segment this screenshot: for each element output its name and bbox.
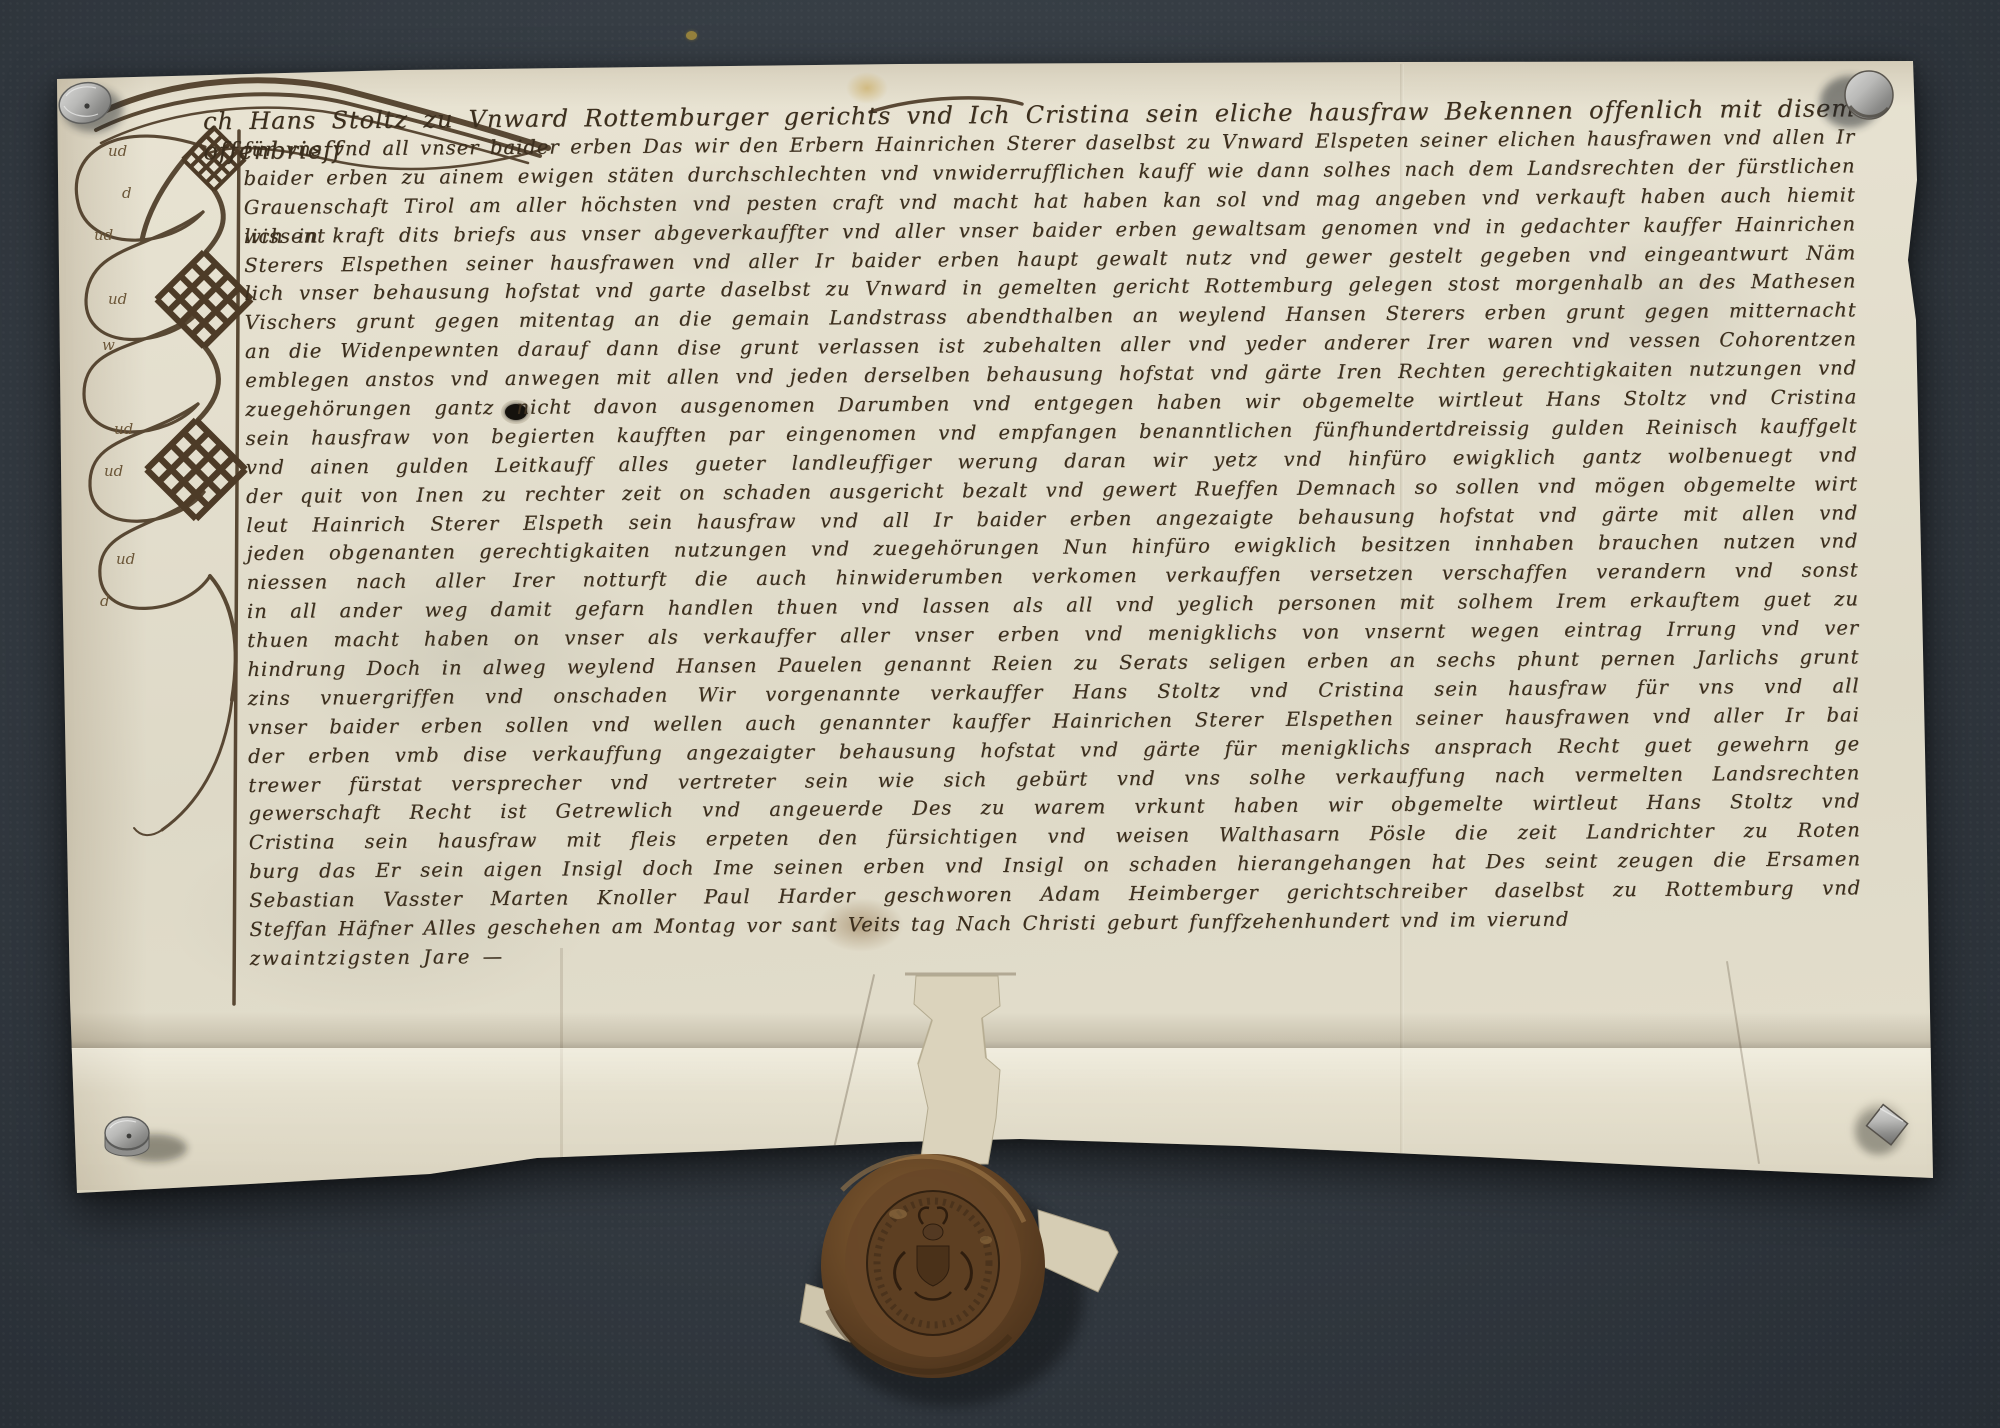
plica-fold-band [58,1048,1934,1195]
parchment-sheet: uddud udwud ududd ch Hans Stoltz zu Vnwa… [0,0,2000,1428]
photograph-of-charter: { "scene": { "description": "Parchment s… [0,0,2000,1428]
plica-fold-shadow [58,1012,1934,1048]
manuscript-text: ch Hans Stoltz zu Vnward Rottemburger ge… [243,93,1862,1006]
yellow-stain [846,72,888,104]
manuscript-line: zwaintzigsten Jare — [250,942,670,974]
parchment-surface: uddud udwud ududd ch Hans Stoltz zu Vnwa… [0,0,2000,1428]
